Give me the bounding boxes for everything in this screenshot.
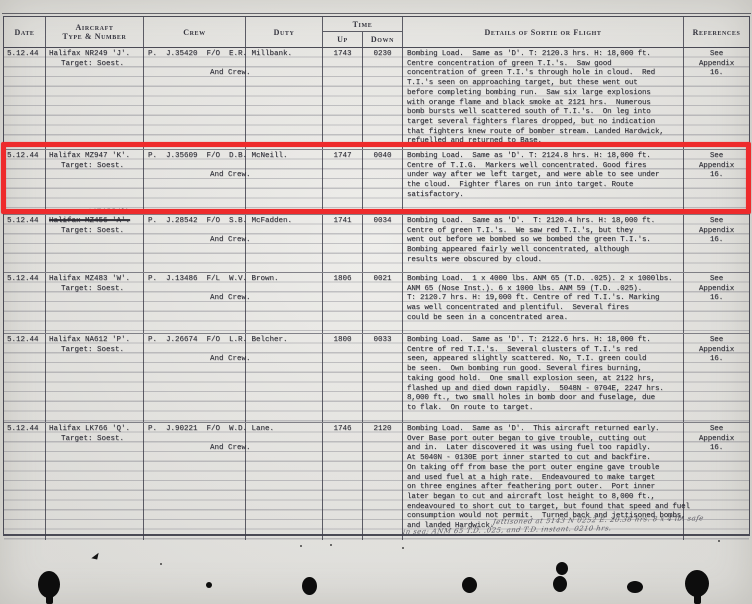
- aircraft-serial: Halifax NR249 'J'.: [49, 50, 143, 60]
- crew-cell: P. J.28542 F/O S.B. McFadden. And Crew.: [144, 215, 246, 272]
- date-cell: 5.12.44: [4, 334, 46, 422]
- sortie-details-text: Bombing Load. Same as 'D'. T: 2124.8 hrs…: [407, 152, 681, 201]
- header-date-label: Date: [14, 28, 34, 37]
- references-text: See Appendix 16.: [684, 50, 749, 79]
- references-cell: See Appendix 16.: [684, 334, 749, 422]
- header-references: References: [684, 17, 749, 47]
- ink-blot: [302, 577, 317, 595]
- aircraft-target: Target: Soest.: [49, 285, 143, 295]
- sortie-row: 5.12.44 Halifax NA612 'P'. Target: Soest…: [4, 334, 749, 423]
- aircraft-serial: Halifax MZ483 'W'.: [49, 275, 143, 285]
- time-up-cell: 1806: [323, 273, 363, 333]
- sortie-row-highlighted: 5.12.44 Halifax MZ947 'K'. Target: Soest…: [4, 150, 749, 215]
- header-crew: Crew: [144, 17, 246, 47]
- ink-blot: [206, 582, 212, 588]
- time-down-cell: 0040: [363, 150, 403, 214]
- and-crew-label: And Crew.: [210, 294, 245, 304]
- ink-blot-stem: [694, 593, 701, 604]
- sortie-row: 5.12.44 Halifax LK766 'Q'. Target: Soest…: [4, 423, 749, 540]
- aircraft-serial-struck: Halifax MZ456 'A'.: [49, 217, 143, 227]
- pilot-name: P. J.13486 F/L W.V. Brown.: [148, 275, 245, 285]
- sortie-row: 5.12.44 Halifax MZ483 'W'. Target: Soest…: [4, 273, 749, 334]
- and-crew-label: And Crew.: [210, 355, 245, 365]
- header-aircraft: Aircraft Type & Number: [46, 17, 144, 47]
- time-up-cell: 1746: [323, 423, 363, 540]
- ink-blot: [627, 581, 643, 593]
- header-date: Date: [4, 17, 46, 47]
- pilot-name: P. J.35420 F/O E.R. Millbank.: [148, 50, 245, 60]
- crew-cell: P. J.35609 F/O D.B. McNeill. And Crew.: [144, 150, 246, 214]
- references-cell: See Appendix 16.: [684, 48, 749, 149]
- aircraft-target: Target: Soest.: [49, 60, 143, 70]
- header-references-label: References: [693, 28, 741, 37]
- duty-cell: [246, 334, 323, 422]
- aircraft-target: Target: Soest.: [49, 346, 143, 356]
- header-time-label: Time: [323, 17, 402, 32]
- ink-blot: [553, 576, 567, 592]
- pilot-name: P. J.26674 F/O L.R. Belcher.: [148, 336, 245, 346]
- aircraft-target: Target: Soest.: [49, 227, 143, 237]
- references-cell: See Appendix 16.: [684, 215, 749, 272]
- pilot-name: P. J.90221 F/O W.D. Lane.: [148, 425, 245, 435]
- duty-cell: [246, 48, 323, 149]
- time-up-cell: 1743: [323, 48, 363, 149]
- dust-speck: [330, 544, 332, 546]
- aircraft-serial: Halifax LK766 'Q'.: [49, 425, 143, 435]
- references-text: See Appendix 16.: [684, 152, 749, 181]
- details-cell: Bombing Load. Same as 'D'. T: 2124.8 hrs…: [403, 150, 684, 214]
- and-crew-label: And Crew.: [210, 236, 245, 246]
- references-text: See Appendix 16.: [684, 275, 749, 304]
- header-down-label: Down: [363, 32, 402, 47]
- table-header-row: Date Aircraft Type & Number Crew Duty Ti…: [4, 17, 749, 48]
- sortie-details-text: Bombing Load. Same as 'D'. T: 2120.3 hrs…: [407, 50, 681, 147]
- aircraft-serial: Halifax NA612 'P'.: [49, 336, 143, 346]
- aircraft-target: Target: Soest.: [49, 435, 143, 445]
- sortie-details-text: Bombing Load. 1 x 4000 lbs. ANM 65 (T.D.…: [407, 275, 681, 324]
- date-cell: 5.12.44: [4, 48, 46, 149]
- aircraft-cell: Halifax LK766 'Q'. Target: Soest.: [46, 423, 144, 540]
- header-duty: Duty: [246, 17, 323, 47]
- references-text: See Appendix 16.: [684, 425, 749, 454]
- ink-blot: [556, 562, 568, 575]
- header-aircraft-line1: Aircraft: [76, 23, 114, 32]
- aircraft-cell: MZ459 'L'. Halifax MZ456 'A'. Target: So…: [46, 215, 144, 272]
- time-down-cell: 0034: [363, 215, 403, 272]
- header-duty-label: Duty: [274, 28, 295, 37]
- header-up-label: Up: [323, 32, 363, 47]
- details-cell: Bombing Load. Same as 'D'. T: 2120.3 hrs…: [403, 48, 684, 149]
- dust-speck: [402, 547, 404, 549]
- time-down-cell: 0230: [363, 48, 403, 149]
- details-cell: Bombing Load. Same as 'D'. T: 2122.6 hrs…: [403, 334, 684, 422]
- header-details-label: Details of Sortie or Flight: [484, 28, 601, 37]
- details-cell: Bombing Load. Same as 'D'. T: 2120.4 hrs…: [403, 215, 684, 272]
- time-up-cell: 1747: [323, 150, 363, 214]
- ink-blot: [462, 577, 477, 593]
- date-cell: 5.12.44: [4, 423, 46, 540]
- date-cell: 5.12.44: [4, 150, 46, 214]
- dust-speck: [160, 563, 162, 565]
- time-up-cell: 1741: [323, 215, 363, 272]
- dust-speck: [300, 545, 302, 547]
- header-details: Details of Sortie or Flight: [403, 17, 684, 47]
- dust-speck: [718, 540, 720, 542]
- sortie-row: 5.12.44 Halifax NR249 'J'. Target: Soest…: [4, 48, 749, 150]
- crew-cell: P. J.26674 F/O L.R. Belcher. And Crew.: [144, 334, 246, 422]
- and-crew-label: And Crew.: [210, 444, 245, 454]
- pilot-name: P. J.28542 F/O S.B. McFadden.: [148, 217, 245, 227]
- date-cell: 5.12.44: [4, 215, 46, 272]
- sortie-row: 5.12.44 MZ459 'L'. Halifax MZ456 'A'. Ta…: [4, 215, 749, 273]
- details-cell: Bombing Load. 1 x 4000 lbs. ANM 65 (T.D.…: [403, 273, 684, 333]
- crew-cell: P. J.35420 F/O E.R. Millbank. And Crew.: [144, 48, 246, 149]
- duty-cell: [246, 423, 323, 540]
- time-up-cell: 1800: [323, 334, 363, 422]
- references-text: See Appendix 16.: [684, 217, 749, 246]
- operations-record-table: Date Aircraft Type & Number Crew Duty Ti…: [3, 16, 750, 536]
- aircraft-cell: Halifax NR249 'J'. Target: Soest.: [46, 48, 144, 149]
- aircraft-cell: Halifax MZ483 'W'. Target: Soest.: [46, 273, 144, 333]
- sortie-details-text: Bombing Load. Same as 'D'. T: 2122.6 hrs…: [407, 336, 681, 414]
- aircraft-cell: Halifax NA612 'P'. Target: Soest.: [46, 334, 144, 422]
- handwritten-serial-correction: MZ459 'L'.: [87, 207, 131, 216]
- ink-blot-stem: [46, 593, 53, 604]
- references-cell: See Appendix 16.: [684, 273, 749, 333]
- and-crew-label: And Crew.: [210, 171, 245, 181]
- pilot-name: P. J.35609 F/O D.B. McNeill.: [148, 152, 245, 162]
- crew-cell: P. J.13486 F/L W.V. Brown. And Crew.: [144, 273, 246, 333]
- header-crew-label: Crew: [183, 28, 206, 37]
- time-down-cell: 0021: [363, 273, 403, 333]
- aircraft-target: Target: Soest.: [49, 162, 143, 172]
- header-aircraft-line2: Type & Number: [63, 32, 127, 41]
- and-crew-label: And Crew.: [210, 69, 245, 79]
- time-down-cell: 2120: [363, 423, 403, 540]
- references-text: See Appendix 16.: [684, 336, 749, 365]
- sortie-details-text: Bombing Load. Same as 'D'. T: 2120.4 hrs…: [407, 217, 681, 266]
- aircraft-cell: Halifax MZ947 'K'. Target: Soest.: [46, 150, 144, 214]
- crew-cell: P. J.90221 F/O W.D. Lane. And Crew.: [144, 423, 246, 540]
- header-time: Time Up Down: [323, 17, 403, 47]
- details-cell: Bombing Load. Same as 'D'. This aircraft…: [403, 423, 684, 540]
- time-down-cell: 0033: [363, 334, 403, 422]
- date-cell: 5.12.44: [4, 273, 46, 333]
- aircraft-serial: Halifax MZ947 'K'.: [49, 152, 143, 162]
- references-cell: See Appendix 16.: [684, 150, 749, 214]
